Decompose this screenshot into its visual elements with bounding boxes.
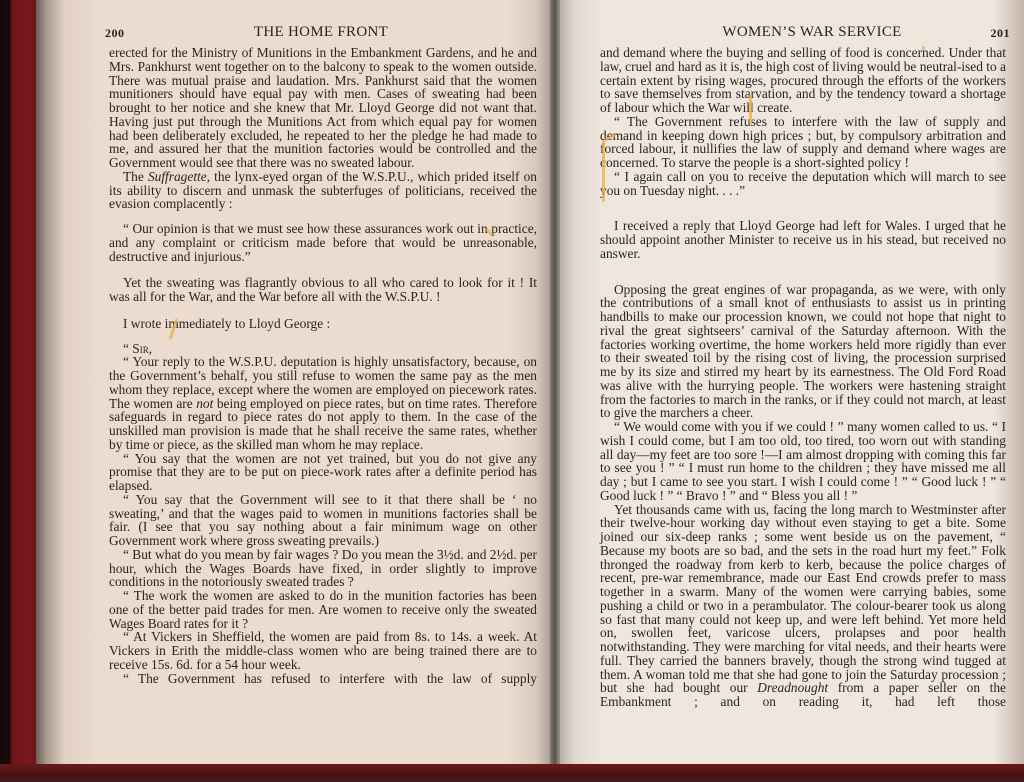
letter-paragraph: “ Your reply to the W.S.P.U. deputation … [109, 355, 537, 451]
paragraph: and demand where the buying and selling … [600, 46, 1006, 115]
letter-paragraph: “ At Vickers in Sheffield, the women are… [109, 630, 537, 671]
left-page-header: 200 THE HOME FRONT [105, 24, 537, 42]
letter-paragraph: “ The work the women are asked to do in … [109, 589, 537, 630]
paragraph: erected for the Ministry of Munitions in… [109, 46, 537, 170]
left-page: 200 THE HOME FRONT erected for the Minis… [36, 0, 556, 764]
letter-paragraph: “ But what do you mean by fair wages ? D… [109, 548, 537, 589]
running-title: WOMEN’S WAR SERVICE [614, 24, 1010, 41]
right-page: WOMEN’S WAR SERVICE 201 and demand where… [556, 0, 1024, 764]
book-cover-bottom-edge [0, 764, 1024, 782]
letter-paragraph: “ The Government has refused to interfer… [109, 672, 537, 686]
page-number: 201 [991, 26, 1011, 41]
highlighter-stain [749, 94, 752, 124]
emphasis: not [196, 396, 213, 411]
running-title: THE HOME FRONT [105, 24, 537, 41]
paragraph: Yet the sweating was flagrantly obvious … [109, 276, 537, 304]
highlighter-stain [602, 140, 605, 202]
letter-paragraph: “ You say that the women are not yet tra… [109, 452, 537, 493]
paragraph: I received a reply that Lloyd George had… [600, 219, 1006, 260]
letter-paragraph: “ I again call on you to receive the dep… [600, 170, 1006, 198]
book-gutter [550, 0, 560, 764]
left-page-body: erected for the Ministry of Munitions in… [109, 46, 537, 685]
letter-paragraph: “ The Government refuses to interfere wi… [600, 115, 1006, 170]
paragraph: Yet thousands came with us, facing the l… [600, 503, 1006, 709]
letter-paragraph: “ You say that the Government will see t… [109, 493, 537, 548]
publication-title: Suffragette [148, 169, 207, 184]
quotation: “ Our opinion is that we must see how th… [109, 222, 537, 263]
publication-title: Dreadnought [757, 680, 828, 695]
right-page-body: and demand where the buying and selling … [600, 46, 1006, 709]
highlighter-stain [922, 46, 925, 50]
right-page-header: WOMEN’S WAR SERVICE 201 [614, 24, 1010, 42]
paragraph: “ We would come with you if we could ! ”… [600, 420, 1006, 503]
letter-salutation: “ Sir, [109, 342, 537, 356]
paragraph: The Suffragette, the lynx-eyed organ of … [109, 170, 537, 211]
paragraph: Opposing the great engines of war propag… [600, 283, 1006, 421]
